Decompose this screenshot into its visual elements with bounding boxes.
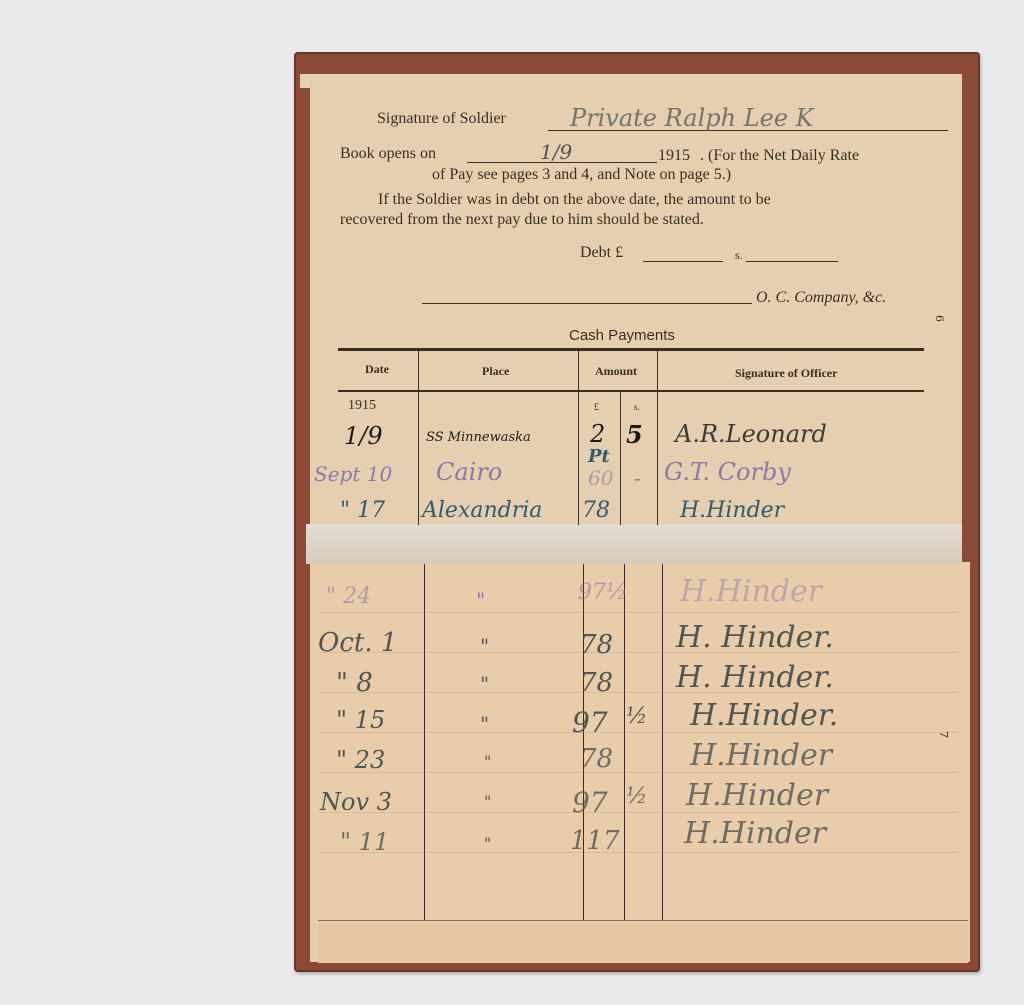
column-header-date: Date	[365, 362, 389, 377]
debt-pounds-line	[643, 261, 723, 262]
row-officer: H.Hinder	[690, 738, 832, 773]
row-place: "	[484, 834, 491, 853]
row-date: Oct. 1	[318, 628, 397, 658]
row-officer: A.R.Leonard	[675, 420, 827, 448]
row-shillings: ½	[626, 704, 647, 729]
column-divider	[657, 351, 658, 525]
row-place: Alexandria	[422, 498, 542, 523]
table-title: Cash Payments	[569, 327, 675, 344]
column-divider	[424, 564, 425, 920]
shillings-subheader: s.	[634, 402, 640, 412]
row-officer: H.Hinder	[686, 778, 828, 813]
row-date: " 17	[340, 498, 385, 523]
column-header-amount: Amount	[595, 364, 637, 379]
row-place: "	[480, 672, 489, 696]
ruled-line	[318, 732, 958, 733]
row-place: "	[484, 752, 491, 771]
page-number-top: 6	[933, 315, 946, 322]
row-pounds: 97	[572, 706, 608, 739]
row-pounds: 97	[572, 786, 608, 819]
row-place: "	[480, 712, 489, 736]
page-bottom	[310, 562, 970, 962]
debt-label: Debt £	[580, 244, 623, 262]
signature-label: Signature of Soldier	[377, 110, 506, 128]
row-place: SS Minnewaska	[426, 430, 531, 445]
soldier-signature: Private Ralph Lee K	[570, 104, 814, 132]
row-pounds: 97½	[578, 580, 627, 605]
page-bottom-margin	[318, 920, 968, 963]
row-pounds: 78	[582, 498, 610, 523]
ruled-line	[318, 812, 958, 813]
book-opens-year: 1915	[658, 147, 690, 165]
ruled-line	[318, 692, 958, 693]
row-officer: H.Hinder	[680, 498, 784, 523]
row-place: "	[480, 634, 489, 658]
table-year: 1915	[348, 398, 376, 414]
ruled-line	[318, 652, 958, 653]
debt-note-2: recovered from the next pay due to him s…	[340, 211, 704, 229]
net-rate-note-1: . (For the Net Daily Rate	[700, 147, 859, 165]
net-rate-note-2: of Pay see pages 3 and 4, and Note on pa…	[432, 166, 731, 184]
column-divider	[583, 564, 584, 920]
row-date: " 15	[336, 706, 385, 734]
row-shillings: -	[634, 466, 641, 490]
book-opens-label: Book opens on	[340, 145, 436, 163]
row-date: 1/9	[344, 422, 383, 450]
row-pounds: 78	[580, 668, 613, 698]
row-date: Nov 3	[320, 788, 392, 816]
oc-signature-line	[422, 303, 752, 304]
book-opens-date: 1/9	[540, 140, 572, 164]
column-divider	[662, 564, 663, 920]
row-officer: H.Hinder	[684, 816, 826, 851]
row-officer: H. Hinder.	[676, 660, 834, 695]
row-place: "	[484, 792, 491, 811]
row-officer: H.Hinder	[680, 574, 822, 609]
ruled-line	[318, 612, 958, 613]
debt-shillings-line	[746, 261, 838, 262]
row-shillings: ½	[626, 784, 647, 809]
row-place: Cairo	[436, 458, 502, 486]
page-number-bottom: 7	[937, 731, 950, 738]
row-officer: G.T. Corby	[664, 458, 791, 486]
row-date: Sept 10	[314, 462, 392, 486]
table-header-rule	[338, 390, 924, 392]
oc-label: O. C. Company, &c.	[756, 289, 886, 307]
row-pounds: 78	[580, 744, 613, 774]
pounds-subheader: £	[594, 402, 599, 413]
column-divider	[620, 392, 621, 525]
column-divider	[624, 564, 625, 920]
column-header-officer: Signature of Officer	[735, 366, 837, 381]
row-officer: H. Hinder.	[676, 620, 834, 655]
column-divider	[578, 351, 579, 525]
page-fold	[306, 524, 962, 564]
debt-note-1: If the Soldier was in debt on the above …	[378, 191, 771, 209]
ruled-line	[318, 772, 958, 773]
row-pounds: 60	[588, 466, 613, 490]
row-officer: H.Hinder.	[690, 698, 838, 733]
column-divider	[418, 351, 419, 525]
row-shillings: 5	[626, 420, 643, 449]
row-annotation: Pt	[588, 446, 610, 467]
row-pounds: 78	[580, 630, 613, 660]
row-place: "	[476, 588, 485, 612]
column-header-place: Place	[482, 364, 509, 379]
debt-shillings-label: s.	[735, 248, 743, 263]
ruled-line	[318, 852, 958, 853]
row-date: " 8	[336, 668, 373, 698]
row-date: " 23	[336, 746, 385, 774]
table-top-rule	[338, 348, 924, 351]
row-pounds: 2	[590, 420, 605, 448]
row-date: " 11	[340, 828, 389, 856]
row-date: " 24	[326, 584, 371, 609]
row-pounds: 117	[570, 826, 620, 856]
